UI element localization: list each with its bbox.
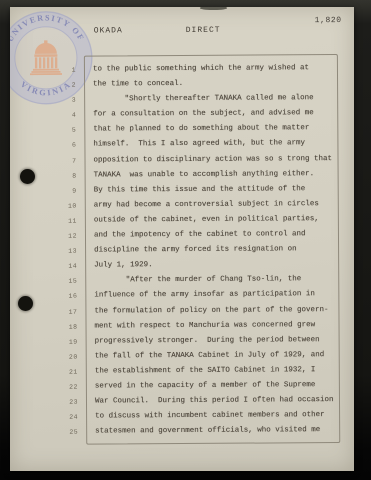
line-number: 18 [10,319,77,335]
line-number: 5 [10,123,76,139]
examination-type: DIRECT [186,26,221,35]
page-number: 1,820 [315,16,342,25]
line-number: 6 [10,138,76,154]
line-number: 19 [11,334,78,350]
line-text: opposition to disciplinary action was so… [93,152,332,169]
line-text: By this time this issue and the attitude… [94,182,306,198]
line-text: ment with respect to Manchuria was conce… [94,318,315,334]
line-number: 12 [10,229,77,245]
line-number: 3 [10,93,76,109]
line-number: 1 [10,63,76,79]
transcript-line: 12and the impotency of the cabinet to co… [10,227,354,244]
transcript-line: 25statesmen and government officials, wh… [11,423,354,440]
line-number: 10 [10,198,77,214]
line-text: TANAKA was unable to accomplish anything… [94,167,315,183]
line-number: 9 [10,183,77,199]
line-number: 25 [11,425,78,441]
line-number: 4 [10,108,76,124]
line-number: 13 [10,244,77,260]
punch-hole-bottom [18,296,33,311]
line-text: statesmen and government officials, who … [95,423,320,439]
document-page: UNIVERSITY OF VIRGINIA 1,820 OKADA DIREC… [10,7,354,471]
line-number: 15 [10,274,77,290]
page-content: UNIVERSITY OF VIRGINIA 1,820 OKADA DIREC… [10,7,354,471]
line-text: to the public something which the army w… [93,61,309,77]
line-text: for a consultation on the subject, and a… [93,106,314,122]
line-number: 24 [11,410,78,426]
line-number: 21 [11,365,78,381]
line-text: discipline the army forced its resignati… [94,242,297,258]
line-text: progressively stronger. During the perio… [95,333,320,349]
transcript-rows: 1to the public something which the army … [10,61,354,440]
line-text: that he planned to do something about th… [93,122,309,138]
line-text: "After the murder of Chang Tso-lin, the [94,273,301,289]
line-number: 22 [11,380,78,396]
punch-hole-top [20,169,35,184]
line-number: 2 [10,78,76,94]
witness-name: OKADA [94,26,123,35]
line-text: outside of the cabinet, even in politica… [94,212,319,228]
line-text: and the impotency of the cabinet to cont… [94,227,306,243]
line-text: served in the capacity of a member of th… [95,378,316,394]
transcript-line: 1to the public something which the army … [10,61,353,78]
line-text: "Shortly thereafter TANAKA called me alo… [93,91,314,107]
line-text: the fall of the TANAKA Cabinet in July o… [95,348,325,364]
line-number: 23 [11,395,78,411]
line-text: himself. This I also agreed with, but th… [93,137,305,153]
line-text: the formulation of policy on the part of… [94,303,328,320]
line-text: influence of the army insofar as partici… [94,288,315,304]
line-number: 20 [11,349,78,365]
line-text: War Council. During this period I often … [95,393,334,410]
line-text: the time to conceal. [93,77,183,93]
line-text: July 1, 1929. [94,258,153,273]
line-text: to discuss with incumbent cabinet member… [95,408,325,424]
line-number: 14 [10,259,77,275]
line-number: 11 [10,214,77,230]
line-number: 7 [10,153,77,169]
line-text: army had become a controversial subject … [94,197,319,213]
line-text: the establishment of the SAITO Cabinet i… [95,363,316,379]
